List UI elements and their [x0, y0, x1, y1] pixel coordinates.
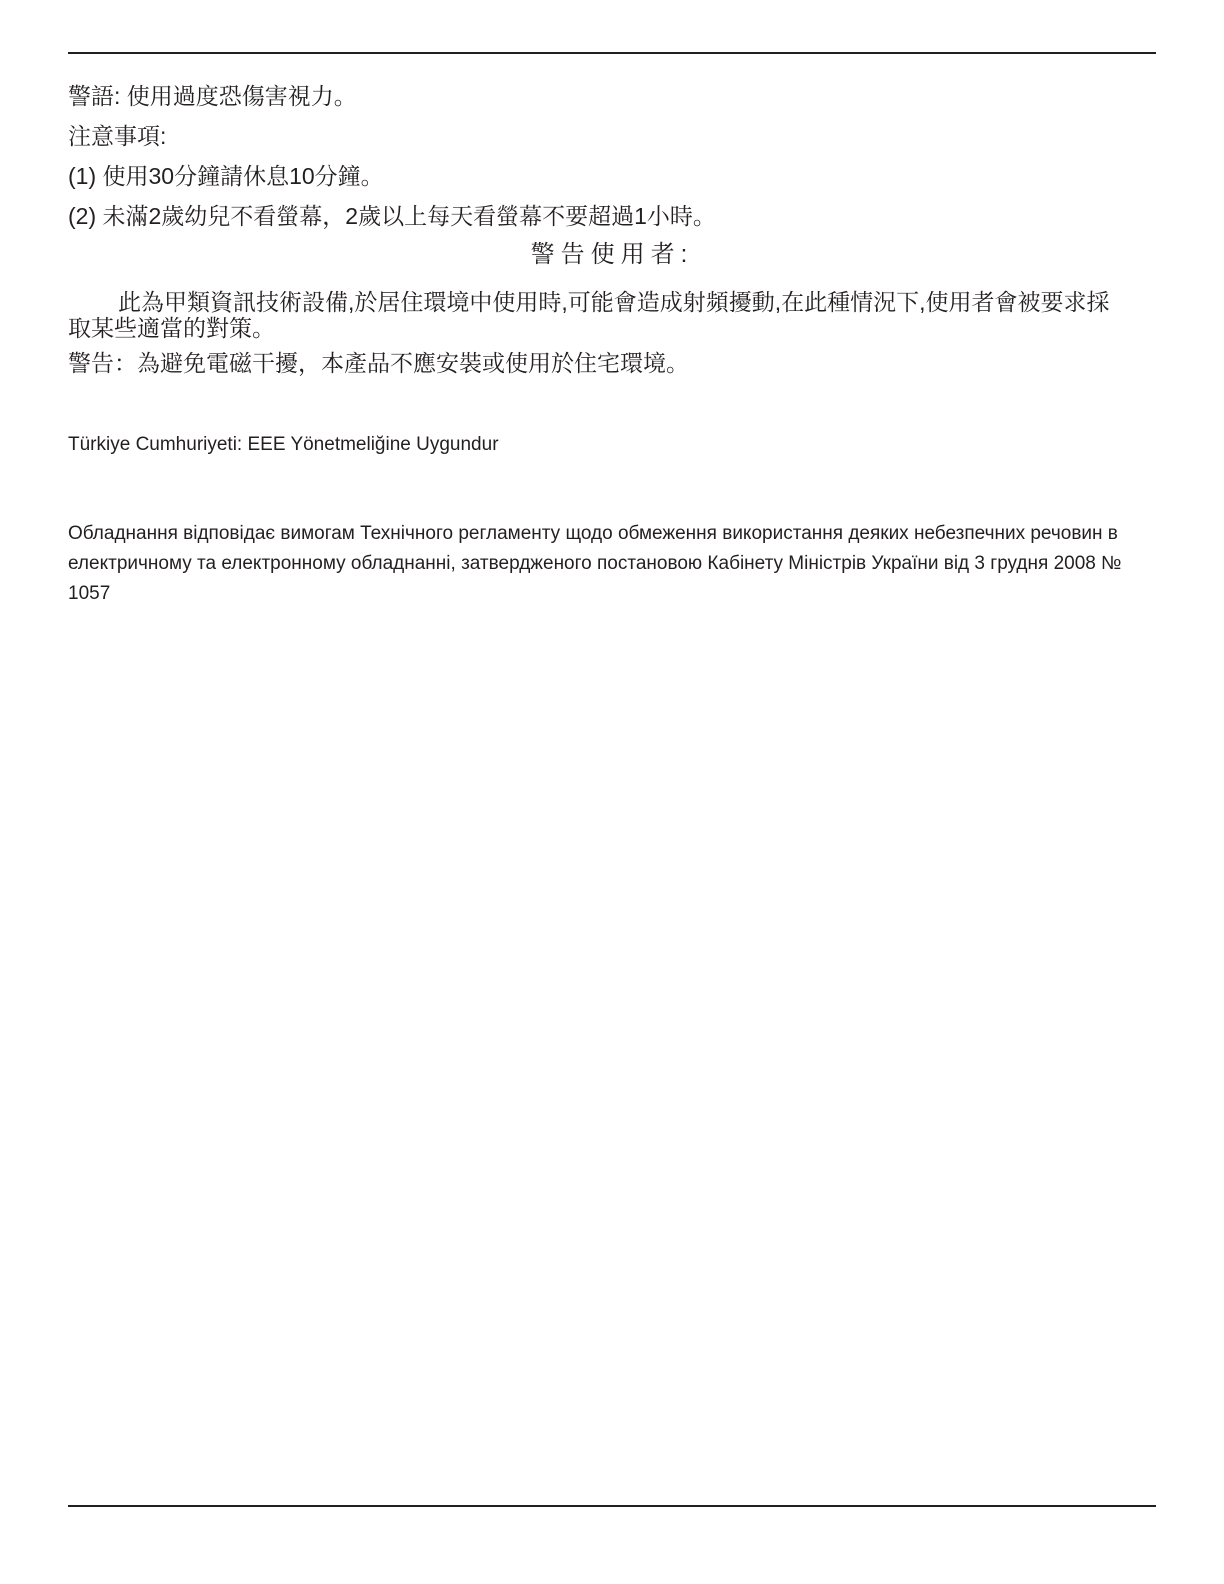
turkey-compliance-text: Türkiye Cumhuriyeti: EEE Yönetmeliğine U…: [68, 432, 1156, 458]
document-page: 警語: 使用過度恐傷害視力。 注意事項: (1) 使用30分鐘請休息10分鐘。 …: [0, 0, 1224, 1584]
top-rule: [68, 52, 1156, 54]
ukraine-compliance-line: 1057: [68, 579, 1156, 609]
ukraine-compliance-line: електричному та електронному обладнанні,…: [68, 549, 1156, 579]
emc-warning-text: 警告：為避免電磁干擾，本產品不應安裝或使用於住宅環境。: [68, 352, 1156, 375]
ukraine-compliance-line: Обладнання відповідає вимогам Технічного…: [68, 519, 1156, 549]
class-a-statement-line: 取某些適當的對策。: [68, 315, 1156, 341]
class-a-statement-line: 此為甲類資訊技術設備,於居住環境中使用時,可能會造成射頻擾動,在此種情況下,使用…: [68, 289, 1156, 315]
precautions-heading: 注意事項:: [68, 125, 1156, 148]
precaution-item-2: (2) 未滿2歲幼兒不看螢幕，2歲以上每天看螢幕不要超過1小時。: [68, 205, 1156, 228]
ukraine-compliance-text: Обладнання відповідає вимогам Технічного…: [68, 519, 1156, 609]
user-warning-heading: 警告使用者:: [68, 243, 1156, 267]
class-a-statement: 此為甲類資訊技術設備,於居住環境中使用時,可能會造成射頻擾動,在此種情況下,使用…: [68, 289, 1156, 341]
precaution-item-1: (1) 使用30分鐘請休息10分鐘。: [68, 165, 1156, 188]
eyesight-warning-text: 警語: 使用過度恐傷害視力。: [68, 85, 1156, 108]
bottom-rule: [68, 1505, 1156, 1507]
